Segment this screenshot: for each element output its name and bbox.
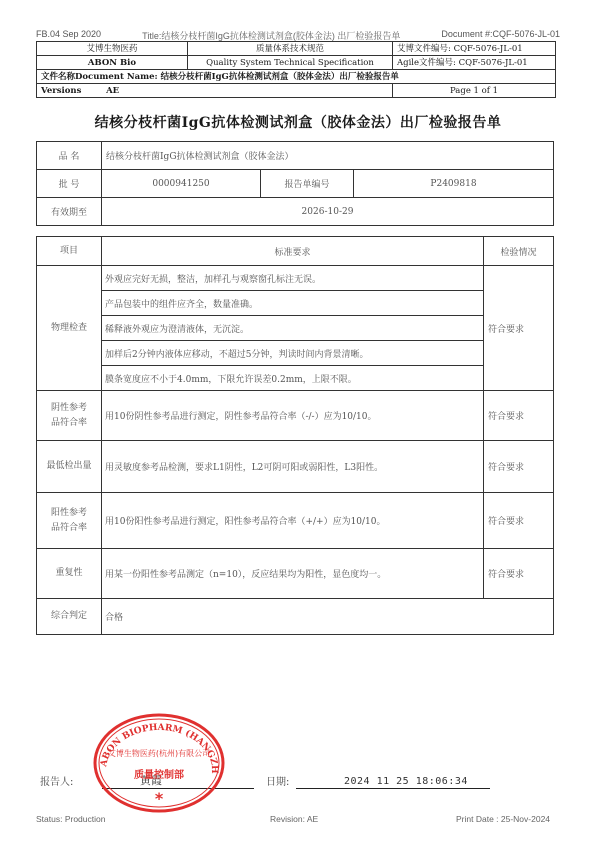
negative-item-line1: 阴性参考 [38, 401, 100, 416]
positive-item-line1: 阳性参考 [38, 506, 100, 521]
svg-text:艾博生物医药(杭州)有限公司: 艾博生物医药(杭州)有限公司 [108, 748, 210, 758]
table-row: 综合判定 合格 [37, 599, 554, 635]
reporter-label: 报告人: [40, 773, 73, 788]
svg-text:*: * [155, 789, 164, 808]
inspection-table: 项目 标准要求 检验情况 物理检查 外观应完好无损，整洁，加样孔与观察窗孔标注无… [36, 236, 554, 635]
svg-text:质量控制部: 质量控制部 [134, 768, 184, 781]
min-detection-requirement: 用灵敏度参考品检测，要求L1阴性，L2可阴可阳或弱阳性，L3阳性。 [102, 441, 484, 493]
positive-item: 阳性参考 品符合率 [37, 493, 102, 549]
negative-requirement: 用10份阴性参考品进行测定，阴性参考品符合率（-/-）应为10/10。 [102, 391, 484, 441]
batch-label: 批 号 [37, 170, 102, 198]
table-row: 加样后2分钟内液体应移动，不超过5分钟，判读时间内背景清晰。 [37, 341, 554, 366]
min-detection-item: 最低检出量 [37, 441, 102, 493]
page-indicator: Page 1 of 1 [393, 84, 556, 98]
expiry-label: 有效期至 [37, 198, 102, 226]
table-row: 最低检出量 用灵敏度参考品检测，要求L1阴性，L2可阴可阳或弱阳性，L3阳性。 … [37, 441, 554, 493]
physical-req-1: 外观应完好无损，整洁，加样孔与观察窗孔标注无误。 [102, 266, 484, 291]
report-number-label: 报告单编号 [261, 170, 354, 198]
date-label: 日期: [266, 773, 289, 788]
repeatability-item: 重复性 [37, 549, 102, 599]
negative-item: 阴性参考 品符合率 [37, 391, 102, 441]
product-name-label: 品 名 [37, 142, 102, 170]
table-row: 物理检查 外观应完好无损，整洁，加样孔与观察窗孔标注无误。 符合要求 [37, 266, 554, 291]
agile-doc-number: Agile文件编号: CQF-5076-JL-01 [393, 56, 556, 70]
physical-item: 物理检查 [37, 266, 102, 391]
table-row: 膜条宽度应不小于4.0mm，下限允许误差0.2mm，上限不限。 [37, 366, 554, 391]
company-seal-icon: ABON BIOPHARM (HANGZHOU) CO., LTD. 艾博生物医… [92, 712, 226, 814]
table-row: 重复性 用某一份阳性参考品测定（n=10），反应结果均为阳性，显色度均一。 符合… [37, 549, 554, 599]
company-name-en: ABON Bio [37, 56, 188, 70]
versions-label: Versions [41, 86, 81, 96]
table-row: 阳性参考 品符合率 用10份阳性参考品进行测定，阳性参考品符合率（+/+）应为1… [37, 493, 554, 549]
footer-status: Status: Production [36, 814, 105, 824]
header-result: 检验情况 [484, 237, 554, 266]
document-name: 文件名称Document Name: 结核分枝杆菌IgG抗体检测试剂盒（胶体金法… [37, 70, 556, 84]
batch-value: 0000941250 [102, 170, 261, 198]
table-row: 阴性参考 品符合率 用10份阴性参考品进行测定，阴性参考品符合率（-/-）应为1… [37, 391, 554, 441]
report-title: 结核分枝杆菌IgG抗体检测试剂盒（胶体金法）出厂检验报告单 [0, 112, 596, 132]
header-requirement: 标准要求 [102, 237, 484, 266]
physical-req-2: 产品包装中的组件应齐全，数量准确。 [102, 291, 484, 316]
product-name-value: 结核分枝杆菌IgG抗体检测试剂盒（胶体金法） [102, 142, 554, 170]
table-row: 产品包装中的组件应齐全，数量准确。 [37, 291, 554, 316]
negative-item-line2: 品符合率 [38, 416, 100, 431]
physical-req-3: 稀释液外观应为澄清液体，无沉淀。 [102, 316, 484, 341]
date-value: 2024 11 25 18:06:34 [344, 776, 468, 787]
footer-revision: Revision: AE [270, 814, 318, 824]
positive-result: 符合要求 [484, 493, 554, 549]
conclusion-item: 综合判定 [37, 599, 102, 635]
physical-req-4: 加样后2分钟内液体应移动，不超过5分钟，判读时间内背景清晰。 [102, 341, 484, 366]
report-number-value: P2409818 [354, 170, 554, 198]
svg-text:ABON BIOPHARM (HANGZHOU) CO.,: ABON BIOPHARM (HANGZHOU) CO., LTD. [92, 712, 219, 774]
versions-value: AE [106, 86, 119, 96]
footer-print-date: Print Date : 25-Nov-2024 [456, 814, 550, 824]
repeatability-result: 符合要求 [484, 549, 554, 599]
physical-result: 符合要求 [484, 266, 554, 391]
versions: Versions AE [37, 84, 393, 98]
positive-requirement: 用10份阳性参考品进行测定，阳性参考品符合率（+/+）应为10/10。 [102, 493, 484, 549]
conclusion-value: 合格 [102, 599, 554, 635]
company-name-cn: 艾博生物医药 [37, 42, 188, 56]
product-info-table: 品 名 结核分枝杆菌IgG抗体检测试剂盒（胶体金法） 批 号 000094125… [36, 141, 554, 226]
document-header: 艾博生物医药 质量体系技术规范 艾博文件编号: CQF-5076-JL-01 A… [36, 41, 556, 98]
expiry-value: 2026-10-29 [102, 198, 554, 226]
system-name-cn: 质量体系技术规范 [188, 42, 393, 56]
date-signature-line [296, 788, 490, 789]
header-item: 项目 [37, 237, 102, 266]
system-name-en: Quality System Technical Specification [188, 56, 393, 70]
table-row: 稀释液外观应为澄清液体，无沉淀。 [37, 316, 554, 341]
abon-doc-number: 艾博文件编号: CQF-5076-JL-01 [393, 42, 556, 56]
physical-req-5: 膜条宽度应不小于4.0mm，下限允许误差0.2mm，上限不限。 [102, 366, 484, 391]
repeatability-requirement: 用某一份阳性参考品测定（n=10），反应结果均为阳性，显色度均一。 [102, 549, 484, 599]
positive-item-line2: 品符合率 [38, 521, 100, 536]
min-detection-result: 符合要求 [484, 441, 554, 493]
negative-result: 符合要求 [484, 391, 554, 441]
